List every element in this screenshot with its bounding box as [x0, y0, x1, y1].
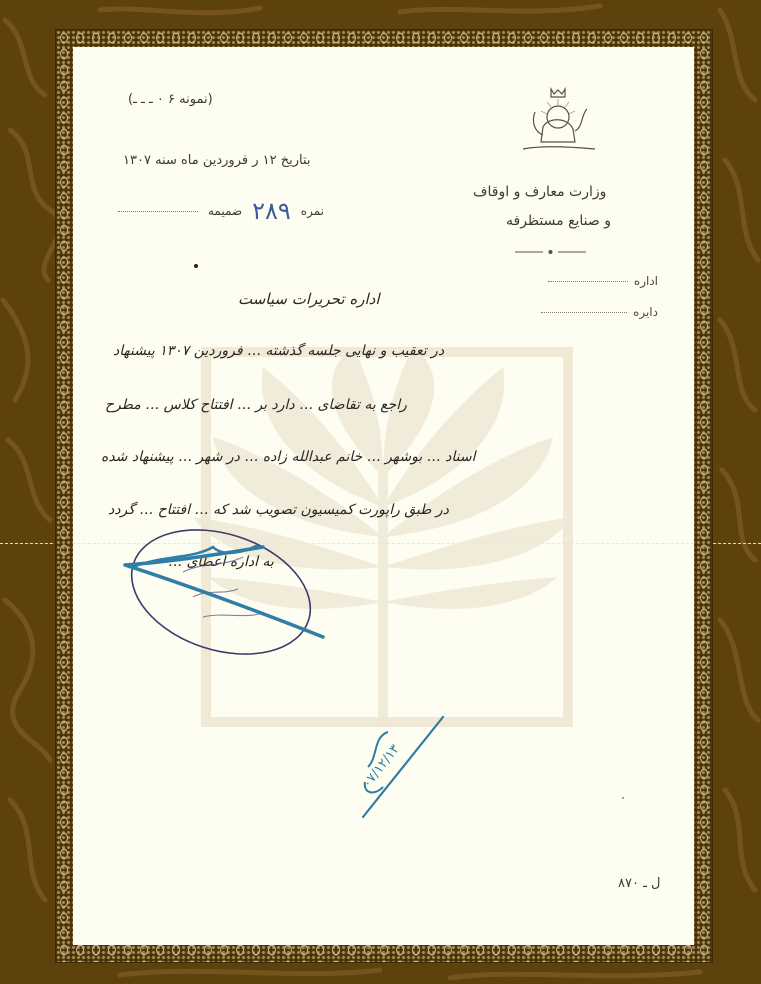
- division-label: دایره: [633, 305, 658, 319]
- official-seal-stamp-icon: [113, 517, 343, 657]
- attachment-blank: [118, 211, 198, 212]
- body-line-3: اسناد … بوشهر … خانم عبدالله زاده … در ش…: [101, 449, 475, 465]
- ministry-name-line1: وزارت معارف و اوقاف: [473, 184, 606, 200]
- ornament-divider-icon: [513, 248, 588, 256]
- archive-code: ل ـ ۸۷۰: [618, 876, 660, 891]
- letter-number-row: ضمیمه ۲۸۹ نمره: [118, 197, 324, 225]
- paper-speck: [622, 797, 624, 799]
- letter-subject: اداره تحریرات سیاست: [238, 290, 380, 308]
- division-blank: [541, 312, 627, 313]
- attachment-label: ضمیمه: [208, 204, 242, 218]
- letter-number: ۲۸۹: [252, 197, 291, 225]
- form-reference: (نمونه ۶ ۰ ـ ـ ـ): [128, 92, 213, 107]
- document-page: وزارت معارف و اوقاف و صنایع مستظرفه ادار…: [73, 47, 694, 945]
- division-field: دایره: [541, 305, 658, 319]
- body-line-2: راجع به تقاضای … دارد بر … افتتاح کلاس ……: [105, 397, 407, 413]
- lion-and-sun-emblem-icon: [513, 87, 603, 162]
- number-label: نمره: [301, 204, 324, 218]
- ministry-name-line2: و صنایع مستظرفه: [506, 213, 611, 229]
- ink-dot: [194, 264, 198, 268]
- department-blank: [548, 281, 628, 282]
- department-label: اداره: [634, 274, 658, 288]
- handwritten-signature-icon: [343, 697, 453, 827]
- body-line-1: در تعقیب و نهایی جلسه گذشته … فروردین ۱۳…: [113, 343, 444, 359]
- letter-date: بتاریخ ۱۲ ر فروردین ماه سنه ۱۳۰۷: [123, 153, 311, 168]
- department-field: اداره: [548, 274, 658, 288]
- body-line-4: در طبق راپورت کمیسیون تصویب شد که … افتت…: [108, 502, 449, 518]
